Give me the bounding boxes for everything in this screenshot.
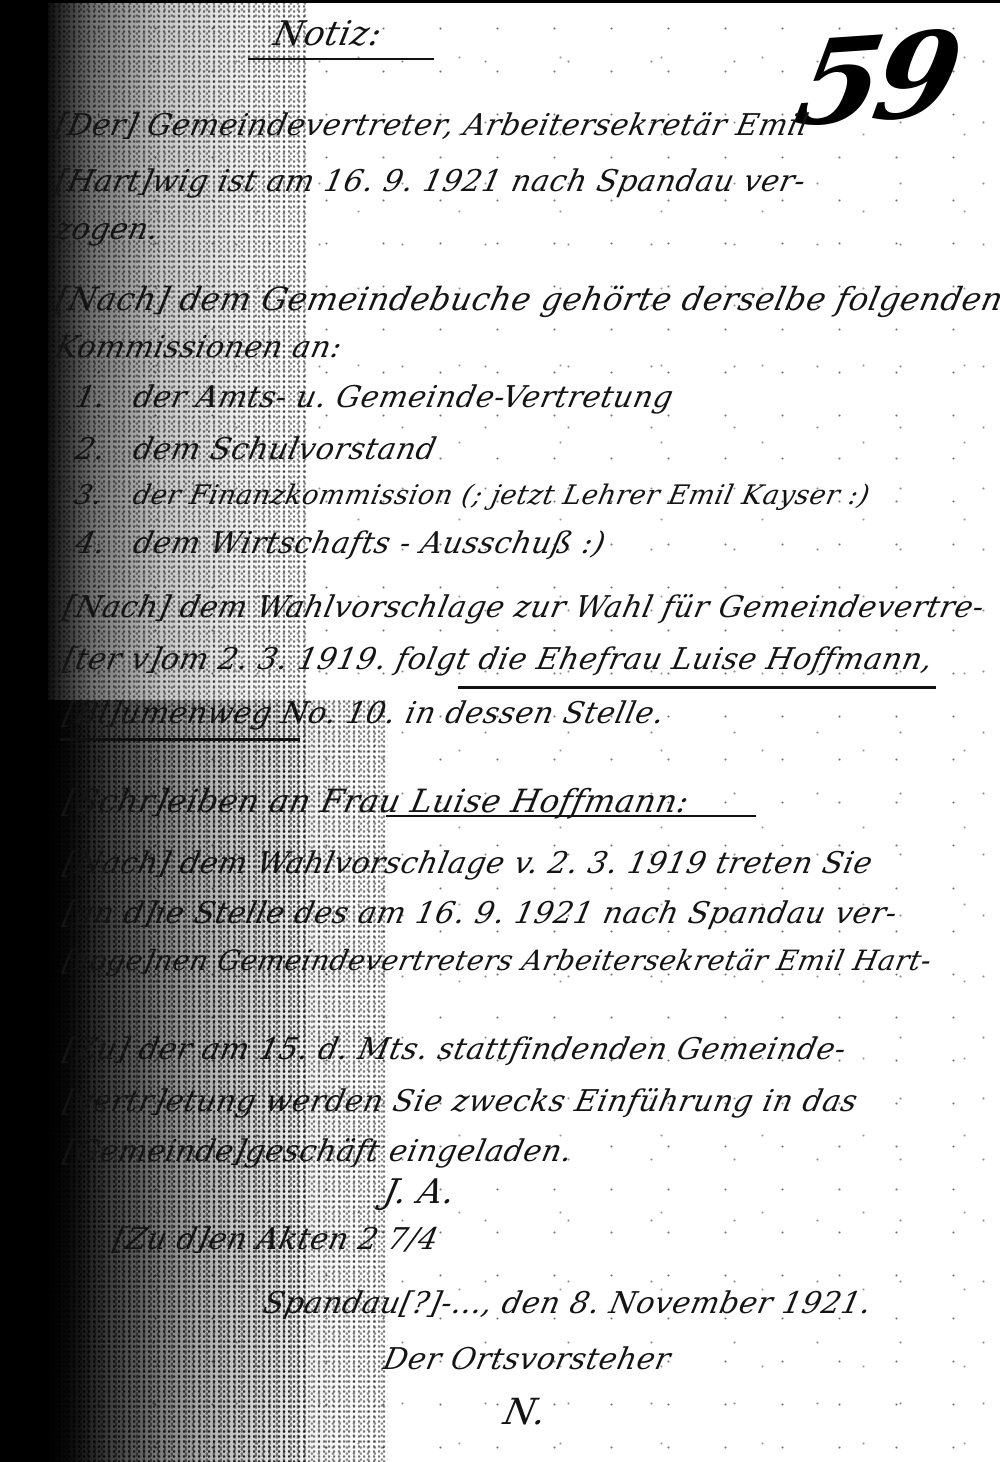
document-title: Notiz: bbox=[270, 14, 386, 54]
underline-luise-hoffmann bbox=[458, 686, 936, 689]
list-number: 4. bbox=[72, 526, 137, 561]
underline-letter-recipient bbox=[386, 815, 756, 817]
commission-list-item: 4.dem Wirtschafts - Ausschuß :) bbox=[72, 526, 609, 561]
commission-list-item: 3.der Finanzkommission (; jetzt Lehrer E… bbox=[72, 480, 873, 511]
scan-dark-edge bbox=[0, 0, 48, 1462]
list-number: 1. bbox=[72, 380, 137, 415]
list-number: 3. bbox=[72, 480, 137, 511]
paragraph-3-line-3: [Bl]umenweg No. 10. in dessen Stelle. bbox=[60, 696, 668, 731]
place-and-date: Spandau[?]-..., den 8. November 1921. bbox=[260, 1286, 875, 1321]
signature-initial: N. bbox=[500, 1392, 550, 1433]
paragraph-5-line-2: [vertr]etung werden Sie zwecks Einführun… bbox=[60, 1084, 861, 1119]
signature-title: Der Ortsvorsteher bbox=[380, 1342, 674, 1377]
paragraph-1-line-3: zogen. bbox=[52, 212, 162, 247]
paragraph-3-line-1: [Nach] dem Wahlvorschlage zur Wahl für G… bbox=[60, 590, 987, 625]
paragraph-2-line-1: [Nach] dem Gemeindebuche gehörte derselb… bbox=[52, 280, 1000, 318]
title-underline bbox=[248, 58, 434, 60]
underline-blumenweg bbox=[60, 738, 300, 741]
list-text: der Amts- u. Gemeinde-Vertretung bbox=[130, 380, 677, 415]
paragraph-5-line-1: [Zu] der am 15. d. Mts. stattfindenden G… bbox=[60, 1032, 850, 1067]
list-number: 2. bbox=[72, 432, 137, 467]
file-reference: [Zu d]en Akten 2 7/4 bbox=[110, 1222, 442, 1257]
paragraph-4-line-2: [an d]ie Stelle des am 16. 9. 1921 nach … bbox=[60, 896, 901, 931]
page-number: 59 bbox=[788, 15, 964, 143]
paragraph-2-line-2: Kommissionen an: bbox=[52, 330, 345, 365]
paragraph-3-line-2: [ter v]om 2. 3. 1919. folgt die Ehefrau … bbox=[60, 642, 936, 677]
list-text: der Finanzkommission (; jetzt Lehrer Emi… bbox=[130, 480, 873, 511]
paragraph-5-line-3: [Gemeinde]geschäft eingeladen. bbox=[60, 1134, 576, 1169]
paragraph-1-line-1: [Der] Gemeindevertreter, Arbeitersekretä… bbox=[52, 108, 812, 143]
paragraph-4-line-3: [zoge]nen Gemeindevertreters Arbeitersek… bbox=[60, 944, 935, 977]
list-text: dem Wirtschafts - Ausschuß :) bbox=[130, 526, 609, 561]
paragraph-1-line-2: [Hart]wig ist am 16. 9. 1921 nach Spanda… bbox=[52, 164, 809, 199]
commission-list-item: 1.der Amts- u. Gemeinde-Vertretung bbox=[72, 380, 677, 415]
abbreviation-ia: J. A. bbox=[380, 1172, 459, 1212]
list-text: dem Schulvorstand bbox=[130, 432, 440, 467]
commission-list-item: 2.dem Schulvorstand bbox=[72, 432, 440, 467]
paragraph-4-line-1: [Nach] dem Wahlvorschlage v. 2. 3. 1919 … bbox=[60, 846, 876, 881]
scanned-document-page: Notiz: 59 [Der] Gemeindevertreter, Arbei… bbox=[0, 0, 1000, 1462]
